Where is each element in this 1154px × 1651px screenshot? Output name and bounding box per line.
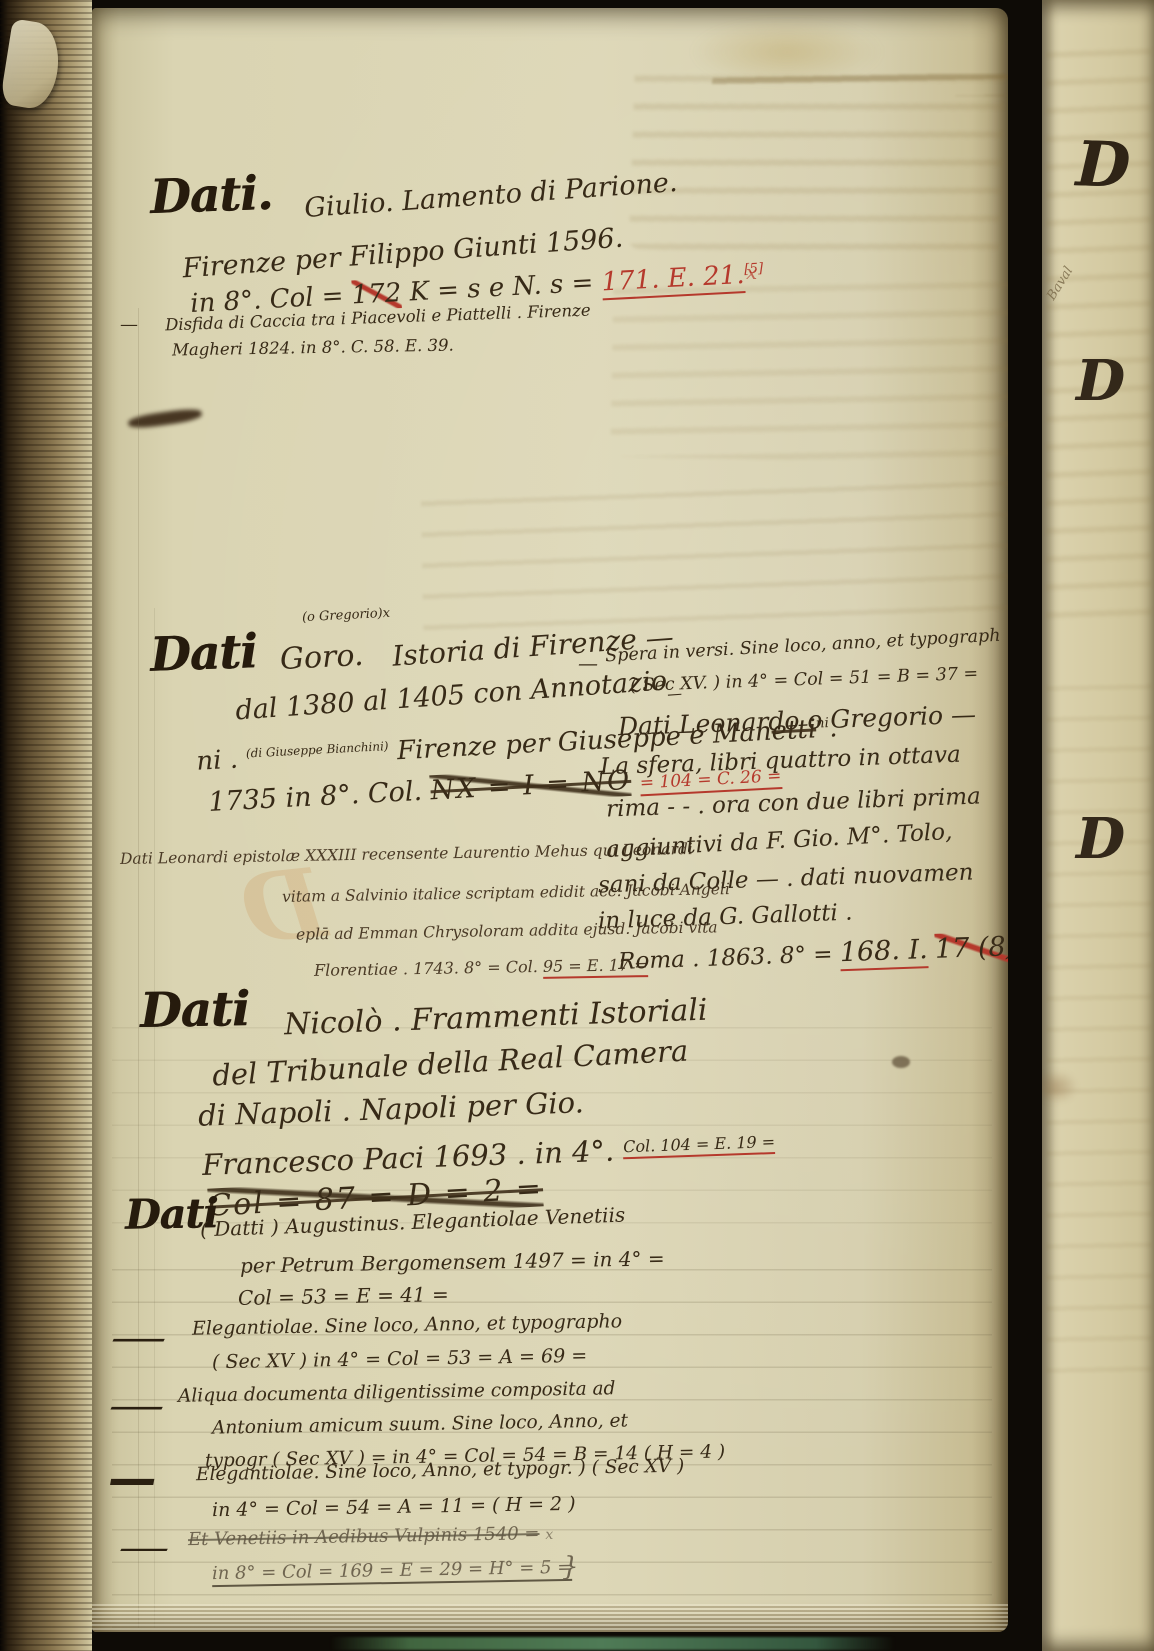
bleed-through-texture xyxy=(1046,30,1152,630)
entry-goro-head: Dati xyxy=(149,624,258,683)
sub-entry-dash: — xyxy=(118,1536,170,1560)
closing-brace: } xyxy=(562,1552,579,1582)
sub-entry-dash: — xyxy=(110,1326,167,1352)
bleed-through-texture xyxy=(1046,660,1152,1380)
spera-dash: — xyxy=(578,651,598,675)
line4-pre: Florentiae . 1743. 8° = Col. xyxy=(314,957,538,980)
sub-entry-dash: — xyxy=(108,1448,156,1510)
entry-leonardo-line3: aggiuntivi da F. Gio. M°. Tolo, xyxy=(606,819,953,863)
adjacent-entry-initial: D xyxy=(1075,127,1130,202)
line4-pre: 1735 in 8°. Col. xyxy=(208,776,423,818)
binding-cloth-strip xyxy=(330,1637,895,1650)
sub-entry-dash: — xyxy=(108,1394,165,1420)
shelfmark-part2: 17 (8) xyxy=(934,931,1008,965)
entry-goro-name: Goro. xyxy=(279,638,364,677)
x-mark: x xyxy=(545,1527,553,1543)
entry-goro-name-note: (o Gregorio)x xyxy=(302,606,391,626)
line3-pre: ni . xyxy=(196,745,239,777)
entry-leonardo-line5: in luce da G. Gallotti . xyxy=(598,900,853,935)
sub-entry-dash: — xyxy=(120,314,138,335)
shelfmark-part1: 168. I. xyxy=(839,934,928,971)
entry-datti-line3: Col = 53 = E = 41 = xyxy=(238,1282,449,1310)
entry-leonardo-line4: sani da Colle — . dati nuovamen xyxy=(598,859,974,898)
red-x-mark: x xyxy=(746,260,757,284)
entry-nicolo-head: Dati xyxy=(140,981,250,1039)
paper-stain xyxy=(692,20,882,84)
entry-giulio-head: Dati. xyxy=(149,166,273,225)
entry-giulio-title: Giulio. Lamento di Parione. xyxy=(303,167,678,224)
adjacent-page: D Baval D D xyxy=(1042,0,1154,1651)
struck-number: 172 xyxy=(351,278,402,311)
entry-leonardi-line4: Florentiae . 1743. 8° = Col. 95 = E. 17 … xyxy=(314,955,648,980)
bleed-through-texture xyxy=(421,465,1008,635)
adjacent-entry-initial: D xyxy=(1076,806,1124,872)
adjacent-entry-initial: D xyxy=(1076,348,1124,414)
page-stack-edge xyxy=(92,1604,1008,1632)
margin-line xyxy=(138,308,139,1628)
manuscript-page: D Dati. Giulio. Lamento di Parione. Fire… xyxy=(92,8,1008,1632)
manuscript-photo: D Dati. Giulio. Lamento di Parione. Fire… xyxy=(0,0,1154,1651)
spera-line2: ( Sec XV. ) in 4° = Col = 51 = B = 37 = xyxy=(630,664,979,696)
line3-note: (di Giuseppe Bianchini) xyxy=(246,739,389,760)
entry-leonardo-line6: Roma . 1863. 8° = 168. I. 17 (8) xyxy=(618,931,1008,976)
line4-shelfmark: Col. 104 = E. 19 = xyxy=(623,1132,776,1159)
book-fore-edge xyxy=(0,0,92,1651)
line6-pre: Roma . 1863. 8° = xyxy=(618,941,833,974)
entry-disfida-line2: Magheri 1824. in 8°. C. 58. E. 39. xyxy=(172,336,454,360)
